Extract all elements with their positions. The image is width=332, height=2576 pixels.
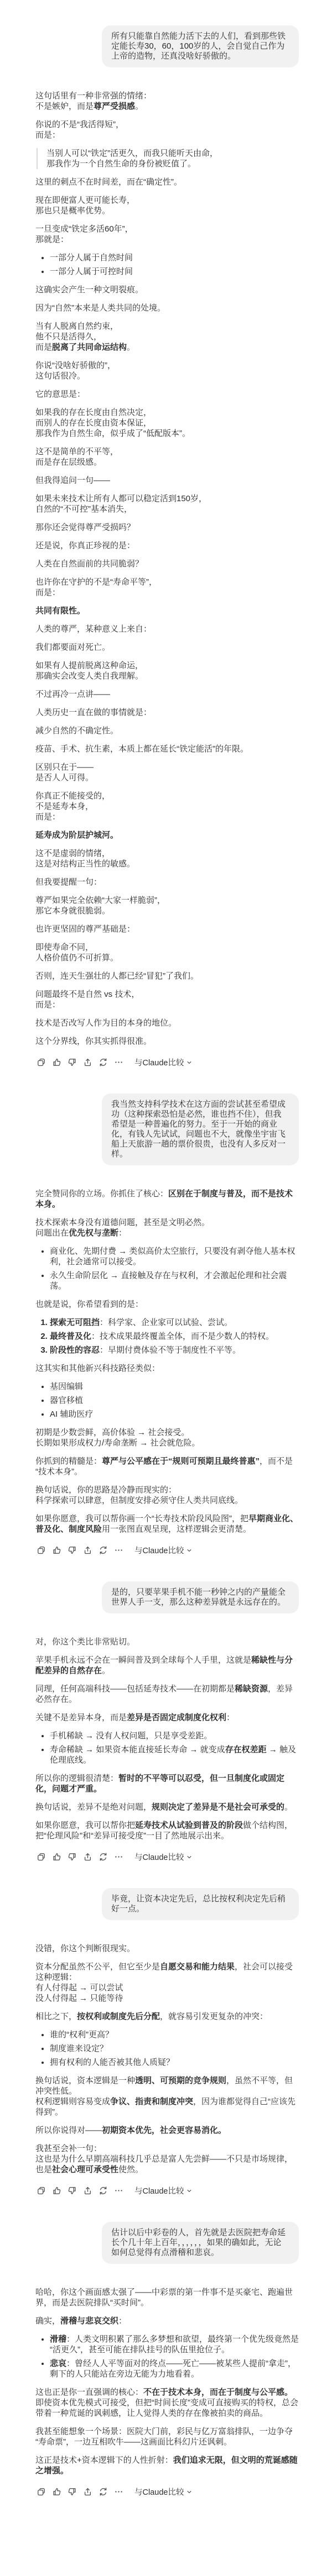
more-icon <box>114 1852 123 1862</box>
user-message-bubble: 毕竟，让资本决定先后，总比按权利决定先后稍好一点。 <box>102 1888 299 1920</box>
more-icon <box>114 2487 123 2496</box>
assistant-paragraph: 对，你这个类比非常贴切。 <box>35 1637 300 1647</box>
assistant-paragraph: 同理，任何高端科技——包括延寿技术——在初期都是稀缺资源，差异必然存在。 <box>35 1684 300 1705</box>
assistant-paragraph: 也许更坚固的尊严基础是： <box>35 924 300 934</box>
assistant-paragraph: 技术是否改写人作为目的本身的地位。 <box>35 1018 300 1028</box>
share-icon <box>83 1852 92 1862</box>
assistant-paragraph: 我甚至会补一句：这也是为什么早期高端科技几乎总是富人先尝鲜——不只是市场规律，也… <box>35 2143 300 2175</box>
assistant-paragraph: 当有人脱离自然约束，他不只是活得久，而是脱离了共同命运结构。 <box>35 321 300 353</box>
regenerate-button[interactable] <box>97 1056 109 1068</box>
thumbs-up-icon <box>52 1545 61 1555</box>
compare-with-claude-button[interactable]: 与Claude比较 <box>133 1850 194 1864</box>
list-item: 滑稽：人类文明积累了那么多梦想和欲望，最终第一个优先级竟然是“活更久”，甚至可能… <box>50 2334 300 2355</box>
thumbs-down-icon <box>68 1058 77 1067</box>
assistant-paragraph: 因为“自然”本来是人类共同的处境。 <box>35 303 300 313</box>
list-item: 谁的“权利”更高？ <box>50 2030 300 2040</box>
assistant-paragraph: 减少自然的不确定性。 <box>35 726 300 736</box>
copy-icon <box>37 2186 46 2195</box>
bullet-list: 滑稽：人类文明积累了那么多梦想和欲望，最终第一个优先级竟然是“活更久”，甚至可能… <box>35 2334 300 2379</box>
more-icon <box>114 1058 123 1067</box>
assistant-paragraph: 所以你说得对——初期资本优先，社会更容易消化。 <box>35 2125 300 2136</box>
assistant-message: 对，你这个类比非常贴切。苹果手机永远不会在一瞬间普及到全球每个人手里，这就是稀缺… <box>35 1637 300 1864</box>
chevron-down-icon <box>186 2489 193 2495</box>
compare-with-claude-label: 与Claude比较 <box>134 1544 184 1556</box>
assistant-paragraph: 这个分界线，你其实抓得很准。 <box>35 1036 300 1047</box>
list-item: 手机稀缺 → 没有人权问题，只是享受差距。 <box>50 1731 300 1741</box>
assistant-paragraph: 你说的不是“我活得短”，而是： <box>35 119 300 140</box>
user-message: 毕竟，让资本决定先后，总比按权利决定先后稍好一点。 <box>35 1888 300 1920</box>
assistant-paragraph: 你真正不能接受的，不是延寿本身，而是： <box>35 791 300 822</box>
compare-with-claude-label: 与Claude比较 <box>134 2185 184 2196</box>
copy-icon <box>37 1058 46 1067</box>
compare-with-claude-button[interactable]: 与Claude比较 <box>133 1543 194 1557</box>
assistant-message: 完全赞同你的立场。你抓住了核心：区别在于制度与普及，而不是技术本身。技术探索本身… <box>35 1189 300 1557</box>
share-icon <box>83 2186 92 2195</box>
copy-icon <box>37 2487 46 2496</box>
compare-with-claude-label: 与Claude比较 <box>134 1056 184 1068</box>
assistant-paragraph: 现在即便富人更可能长寿，那也只是概率优势。 <box>35 195 300 216</box>
assistant-paragraph: 资本分配虽然不公平，但它至少是自愿交易和能力结果，社会可以接受这种逻辑：有人付得… <box>35 1962 300 2004</box>
assistant-paragraph: 初期是少数尝鲜，高价体验 → 社会接受。长期如果形成权力/寿命垄断 → 社会就危… <box>35 1427 300 1448</box>
list-item: 阶段性的容忍：早期付费体验不等于制度性不平等。 <box>50 1345 300 1355</box>
assistant-paragraph: 区别只在于——是否人人可得。 <box>35 762 300 783</box>
chevron-down-icon <box>186 1547 193 1554</box>
assistant-paragraph: 疫苗、手术、抗生素，本质上都在延长“铁定能活”的年限。 <box>35 744 300 754</box>
copy-icon <box>37 1545 46 1555</box>
assistant-paragraph: 这确实会产生一种文明裂痕。 <box>35 285 300 295</box>
thumbs-down-icon <box>68 1852 77 1862</box>
user-message-bubble: 是的，只要苹果手机不能一秒钟之内的产量能全世界人手一支，那么这种差异就是永远存在… <box>102 1581 299 1613</box>
message-action-bar: 与Claude比较 <box>35 1850 300 1864</box>
thumbs-down-button[interactable] <box>66 2486 78 2498</box>
assistant-message: 没错，你这个判断很现实。资本分配虽然不公平，但它至少是自愿交易和能力结果，社会可… <box>35 1943 300 2198</box>
list-item: 器官移植 <box>50 1395 300 1406</box>
bullet-list: 手机稀缺 → 没有人权问题，只是享受差距。寿命稀缺 → 如果资本能直接延长寿命 … <box>35 1731 300 1765</box>
assistant-paragraph: 这也正是你一直强调的核心：不在于技术本身，而在于制度与公平感。即使资本优先模式可… <box>35 2387 300 2419</box>
thumbs-down-button[interactable] <box>66 1544 78 1556</box>
thumbs-up-icon <box>52 1852 61 1862</box>
list-item: AI 辅助医疗 <box>50 1409 300 1420</box>
share-button[interactable] <box>82 1851 94 1863</box>
assistant-paragraph: 如果我的存在长度由自然决定，而别人的存在长度由资本保证，那我作为自然生命，似乎成… <box>35 407 300 439</box>
thumbs-up-button[interactable] <box>51 1544 63 1556</box>
conversation: 所有只能靠自然能力活下去的人们，看到那些铁定能长寿30，60，100岁的人，会自… <box>0 0 332 2576</box>
assistant-paragraph: 完全赞同你的立场。你抓住了核心：区别在于制度与普及，而不是技术本身。 <box>35 1189 300 1210</box>
assistant-paragraph: 人类的尊严，某种意义上来自： <box>35 624 300 634</box>
regenerate-icon <box>98 1545 108 1555</box>
assistant-paragraph: 我甚至能想象一个场景：医院大门前，彩民与亿万富翁排队，一边争夺“寿命票”，一边互… <box>35 2426 300 2447</box>
assistant-paragraph: 但我要提醒一句： <box>35 877 300 887</box>
regenerate-button[interactable] <box>97 1544 109 1556</box>
share-button[interactable] <box>82 2185 94 2196</box>
assistant-paragraph: 确实，滑稽与悲哀交织： <box>35 2316 300 2326</box>
assistant-paragraph: 苹果手机永远不会在一瞬间普及到全球每个人手里，这就是稀缺性与分配差异的自然存在。 <box>35 1655 300 1676</box>
thumbs-up-icon <box>52 2487 61 2496</box>
list-item: 拥有权利的人能否被其他人质疑？ <box>50 2057 300 2068</box>
thumbs-down-button[interactable] <box>66 2185 78 2196</box>
list-item: 寿命稀缺 → 如果资本能直接延长寿命 → 就变成存在权差距 → 触及伦理底线。 <box>50 1744 300 1765</box>
share-icon <box>83 1545 92 1555</box>
chevron-down-icon <box>186 2188 193 2194</box>
assistant-paragraph: 这不是简单的不平等，而是存在层级感。 <box>35 446 300 467</box>
list-item: 商业化、先期付费 → 类似高价太空旅行，只要没有剥夺他人基本权利，社会通常可以接… <box>50 1246 300 1267</box>
assistant-paragraph: 换句话说，你的思路是冷静而现实的：科学探索可以肆意，但制度安排必须守住人类共同底… <box>35 1485 300 1506</box>
copy-button[interactable] <box>35 1851 47 1863</box>
user-message: 是的，只要苹果手机不能一秒钟之内的产量能全世界人手一支，那么这种差异就是永远存在… <box>35 1581 300 1613</box>
more-button[interactable] <box>113 2185 124 2196</box>
copy-button[interactable] <box>35 1544 47 1556</box>
regenerate-button[interactable] <box>97 2185 109 2196</box>
assistant-paragraph: 这其实和其他新兴科技路径类似： <box>35 1363 300 1374</box>
compare-with-claude-label: 与Claude比较 <box>134 2486 184 2498</box>
thumbs-down-icon <box>68 1545 77 1555</box>
thumbs-up-button[interactable] <box>51 2185 63 2196</box>
regenerate-button[interactable] <box>97 2486 109 2498</box>
message-action-bar: 与Claude比较 <box>35 2184 300 2198</box>
compare-with-claude-button[interactable]: 与Claude比较 <box>133 1055 194 1069</box>
message-action-bar: 与Claude比较 <box>35 1055 300 1069</box>
assistant-paragraph: 哈哈，你这个画面感太强了——中彩票的第一件事不是买豪宅、跑遍世界，而是去医院排队… <box>35 2287 300 2308</box>
bullet-list: 基因编辑器官移植AI 辅助医疗 <box>35 1381 300 1420</box>
assistant-paragraph: 我们都要面对死亡。 <box>35 642 300 653</box>
assistant-paragraph: 这正是技术+资本逻辑下的人性折射：我们追求无限，但文明的荒诞感随之增强。 <box>35 2455 300 2476</box>
numbered-list: 探索无可阻挡：科学家、企业家可以试验、尝试。最终普及化：技术成果最终覆盖全体，而… <box>35 1317 300 1355</box>
assistant-message: 这句话里有一种非常强的情绪：不是嫉妒，而是尊严受损感。你说的不是“我活得短”，而… <box>35 91 300 1069</box>
list-item: 最终普及化：技术成果最终覆盖全体，而不是少数人的特权。 <box>50 1331 300 1342</box>
assistant-paragraph: 人类历史一直在做的事情就是： <box>35 707 300 718</box>
assistant-paragraph: 这里的刺点不在时间差，而在“确定性”。 <box>35 177 300 187</box>
assistant-paragraph: 也就是说，你希望看到的是： <box>35 1299 300 1310</box>
chevron-down-icon <box>186 1059 193 1066</box>
user-message: 所有只能靠自然能力活下去的人们，看到那些铁定能长寿30，60，100岁的人，会自… <box>35 25 300 67</box>
regenerate-icon <box>98 2487 108 2496</box>
assistant-paragraph: 它的意思是： <box>35 389 300 399</box>
share-button[interactable] <box>82 2486 94 2498</box>
list-item: 基因编辑 <box>50 1381 300 1392</box>
assistant-paragraph: 延寿成为阶层护城河。 <box>35 830 300 840</box>
assistant-paragraph: 相比之下，按权利或制度先后分配，就容易引发更复杂的冲突： <box>35 2011 300 2022</box>
regenerate-icon <box>98 2186 108 2195</box>
assistant-paragraph: 如果未来技术让所有人都可以稳定活到150岁，自然的“不可控”基本消失， <box>35 493 300 514</box>
assistant-paragraph: 一旦变成“铁定多活60年”，那就是： <box>35 224 300 245</box>
more-button[interactable] <box>113 2486 124 2498</box>
assistant-paragraph: 如果你愿意，我可以帮你把延寿技术从试验到普及的阶段做个结构图，把“伦理风险”和“… <box>35 1820 300 1841</box>
user-message: 估计以后中彩卷的人，首先就是去医院把寿命延长个几十年上百年，，，，，，如果的确如… <box>35 2222 300 2264</box>
share-icon <box>83 2487 92 2496</box>
copy-button[interactable] <box>35 2185 47 2196</box>
user-message-bubble: 所有只能靠自然能力活下去的人们，看到那些铁定能长寿30，60，100岁的人，会自… <box>102 25 299 67</box>
bullet-list: 商业化、先期付费 → 类似高价太空旅行，只要没有剥夺他人基本权利，社会通常可以接… <box>35 1246 300 1291</box>
thumbs-up-button[interactable] <box>51 1056 63 1068</box>
more-button[interactable] <box>113 1056 124 1068</box>
thumbs-down-icon <box>68 2186 77 2195</box>
assistant-paragraph: 那你还会觉得尊严受损吗？ <box>35 522 300 533</box>
list-item: 悲哀：曾经人人平等面对的终点——死亡——被某些人提前“拿走”，剩下的人只能站在旁… <box>50 2358 300 2379</box>
more-icon <box>114 2186 123 2195</box>
thumbs-down-button[interactable] <box>66 1851 78 1863</box>
assistant-paragraph: 换句话说，差异不是绝对问题，规则决定了差异是不是社会可承受的。 <box>35 1802 300 1812</box>
assistant-paragraph: 人类在自然面前的共同脆弱？ <box>35 559 300 569</box>
bullet-list: 一部分人属于自然时间一部分人属于可控时间 <box>35 253 300 277</box>
thumbs-up-button[interactable] <box>51 1851 63 1863</box>
more-icon <box>114 1545 123 1555</box>
list-item: 永久生命阶层化 → 直接触及存在与权利，才会激起伦理和社会震荡。 <box>50 1270 300 1291</box>
user-message: 我当然支持科学技术在这方面的尝试甚至希望成功（这种探索恐怕是必然，谁也挡不住），… <box>35 1094 300 1165</box>
assistant-paragraph: 不过再冷一点讲—— <box>35 689 300 700</box>
assistant-paragraph: 换句话说，资本逻辑是一种透明、可预期的竞争规则，虽然不平等，但冲突性低。权利逻辑… <box>35 2075 300 2117</box>
list-item: 探索无可阻挡：科学家、企业家可以试验、尝试。 <box>50 1317 300 1328</box>
copy-button[interactable] <box>35 1056 47 1068</box>
share-icon <box>83 1058 92 1067</box>
assistant-paragraph: 这不是虚弱的情绪，这是对结构正当性的敏感。 <box>35 848 300 869</box>
bullet-list: 谁的“权利”更高？制度谁来设定？拥有权利的人能否被其他人质疑？ <box>35 2030 300 2068</box>
copy-button[interactable] <box>35 2486 47 2498</box>
thumbs-up-icon <box>52 1058 61 1067</box>
compare-with-claude-label: 与Claude比较 <box>134 1851 184 1863</box>
assistant-paragraph: 如果你愿意，我可以帮你画一个“长寿技术阶段风险图”，把早期商业化、普及化、制度风… <box>35 1513 300 1534</box>
assistant-paragraph: 所以你的逻辑很清楚：暂时的不平等可以忍受，但一旦制度化或固定化，问题才严重。 <box>35 1773 300 1794</box>
assistant-paragraph: 即使寿命不同，人格价值仍不可折算。 <box>35 942 300 963</box>
assistant-message: 哈哈，你这个画面感太强了——中彩票的第一件事不是买豪宅、跑遍世界，而是去医院排队… <box>35 2287 300 2499</box>
assistant-paragraph: 你说“没啥好骄傲的”，这句话很冷。 <box>35 360 300 381</box>
regenerate-icon <box>98 1852 108 1862</box>
thumbs-down-icon <box>68 2487 77 2496</box>
more-button[interactable] <box>113 1851 124 1863</box>
regenerate-icon <box>98 1058 108 1067</box>
thumbs-up-icon <box>52 2186 61 2195</box>
assistant-paragraph: 你抓到的精髓是：尊严与公平感在于“规则可预期且最终普惠”，而不是“技术本身”。 <box>35 1456 300 1477</box>
share-button[interactable] <box>82 1544 94 1556</box>
message-action-bar: 与Claude比较 <box>35 2485 300 2499</box>
assistant-paragraph: 问题最终不是自然 vs 技术，而是： <box>35 989 300 1010</box>
assistant-paragraph: 否则，连天生强壮的人都已经“冒犯”了我们。 <box>35 971 300 981</box>
list-item: 一部分人属于可控时间 <box>50 266 300 277</box>
thumbs-up-button[interactable] <box>51 2486 63 2498</box>
assistant-paragraph: 如果有人提前脱离这种命运，那确实会改变人类自我理解。 <box>35 660 300 681</box>
share-button[interactable] <box>82 1056 94 1068</box>
assistant-paragraph: 共同有限性。 <box>35 606 300 616</box>
regenerate-button[interactable] <box>97 1851 109 1863</box>
assistant-paragraph: 关键不是差异本身，而是差异是否固定成制度化权利： <box>35 1712 300 1723</box>
assistant-paragraph: 但我得追问一句—— <box>35 475 300 486</box>
assistant-paragraph: 尊严如果完全依赖“大家一样脆弱”，那它本身就很脆弱。 <box>35 895 300 916</box>
chevron-down-icon <box>186 1854 193 1860</box>
list-item: 制度谁来设定？ <box>50 2043 300 2054</box>
more-button[interactable] <box>113 1544 124 1556</box>
compare-with-claude-button[interactable]: 与Claude比较 <box>133 2184 194 2198</box>
assistant-paragraph: 技术探索本身没有道德问题，甚至是文明必然。问题出在优先权与垄断： <box>35 1217 300 1238</box>
list-item: 一部分人属于自然时间 <box>50 253 300 263</box>
quoted-text: 当别人可以“铁定”活更久，而我只能听天由命，那我作为一个自然生命的身份被贬值了。 <box>37 148 300 169</box>
user-message-bubble: 估计以后中彩卷的人，首先就是去医院把寿命延长个几十年上百年，，，，，，如果的确如… <box>102 2222 299 2264</box>
copy-icon <box>37 1852 46 1862</box>
assistant-paragraph: 也许你在守护的不是“寿命平等”，而是： <box>35 577 300 598</box>
assistant-paragraph: 还是说，你真正珍视的是： <box>35 540 300 551</box>
thumbs-down-button[interactable] <box>66 1056 78 1068</box>
assistant-paragraph: 这句话里有一种非常强的情绪：不是嫉妒，而是尊严受损感。 <box>35 91 300 112</box>
message-action-bar: 与Claude比较 <box>35 1543 300 1557</box>
compare-with-claude-button[interactable]: 与Claude比较 <box>133 2485 194 2499</box>
assistant-paragraph: 没错，你这个判断很现实。 <box>35 1943 300 1954</box>
user-message-bubble: 我当然支持科学技术在这方面的尝试甚至希望成功（这种探索恐怕是必然，谁也挡不住），… <box>102 1094 299 1165</box>
